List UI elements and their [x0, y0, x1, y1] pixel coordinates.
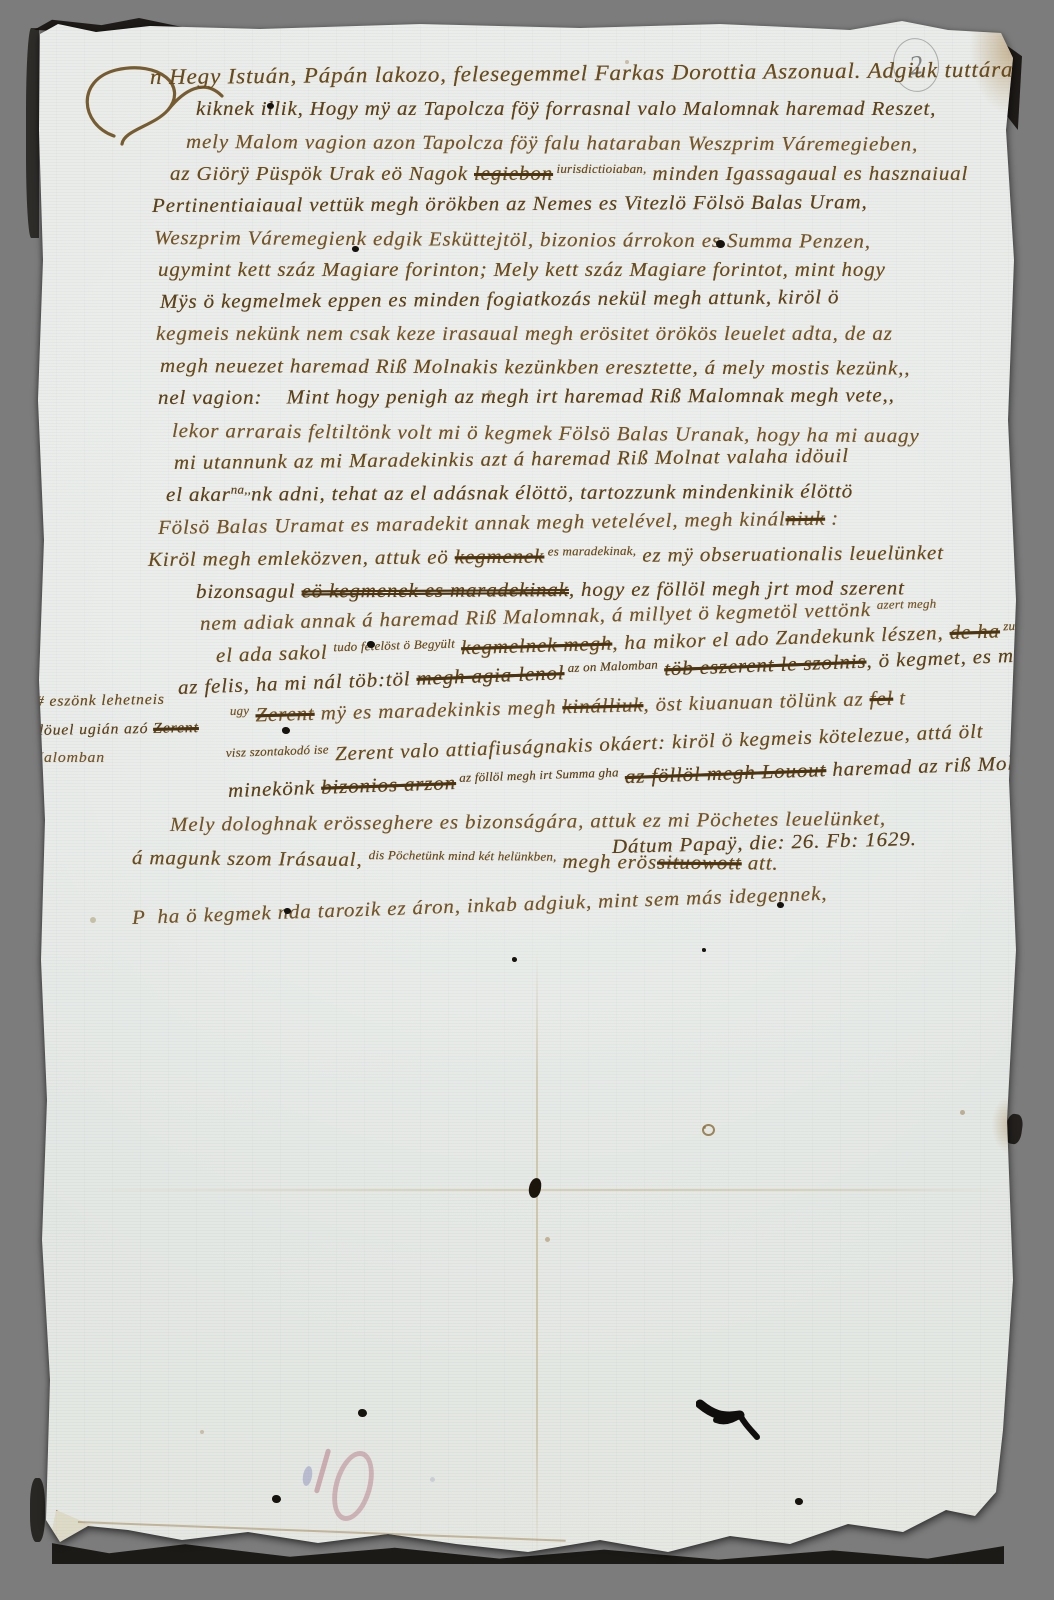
manuscript-line: lekor arrarais feltiltönk volt mi ö kegm… — [172, 420, 920, 448]
manuscript-text: att. — [742, 852, 779, 874]
struck-text: Zerent — [255, 703, 315, 727]
blue-smudge — [301, 1465, 313, 1486]
manuscript-text: az Giörÿ Püspök Urak eö Nagok — [170, 163, 474, 185]
ink-blot — [777, 902, 784, 908]
manuscript-text: lekor arrarais feltiltönk volt mi ö kegm… — [172, 420, 920, 447]
ink-blot — [282, 727, 290, 734]
paper-speck — [960, 1110, 965, 1115]
manuscript-line: megh neuezet haremad Riß Molnakis kezünk… — [160, 355, 910, 381]
paper-speck — [90, 917, 96, 923]
fold-crease-vertical — [536, 948, 538, 1562]
manuscript-text: minekönk — [228, 777, 322, 802]
manuscript-text: mÿ es maradekinkis megh — [314, 696, 562, 724]
ink-blot — [272, 1495, 281, 1503]
struck-text: niuk — [785, 508, 825, 531]
paper-speck — [430, 1477, 435, 1482]
paper-sheet-wrap: 2 n Hegy Istuán, Pápán lakozo, felesegem… — [0, 0, 1054, 1600]
manuscript-text: ugymint kett száz Magiare forinton; Mely… — [158, 259, 886, 281]
ink-blot — [352, 246, 359, 252]
struck-text: kegmelnek megh — [461, 633, 613, 660]
fold-line-bottom — [78, 1521, 566, 1541]
manuscript-line: Kiröl megh emleközven, attuk eö kegmenek… — [148, 542, 944, 572]
manuscript-line: P ha ö kegmek nda tarozik ez áron, inkab… — [132, 883, 828, 930]
manuscript-line: Pertinentiaiaual vettük megh örökben az … — [152, 191, 868, 218]
manuscript-text: nk adni, tehat az el adásnak élöttö, tar… — [251, 480, 853, 505]
manuscript-text: kegmeis nekünk nem csak keze irasaual me… — [156, 323, 893, 345]
interlinear-insertion: azert megh — [877, 596, 937, 611]
manuscript-line: Weszprim Váremegienk edgik Esküttejtöl, … — [154, 227, 871, 254]
ink-blot — [512, 957, 517, 962]
manuscript-line: ugymint kett száz Magiare forinton; Mely… — [158, 259, 886, 282]
paper-speck — [545, 1237, 550, 1242]
manuscript-text: Fölsö Balas Uramat es maradekit annak me… — [158, 508, 786, 539]
struck-text: eö kegmenek es maradekinak — [301, 579, 568, 602]
manuscript-text: Weszprim Váremegienk edgik Esküttejtöl, … — [154, 227, 871, 253]
manuscript-line: mi utannunk az mi Maradekinkis azt á har… — [174, 445, 849, 475]
manuscript-text: Mÿs ö kegmelmek eppen es minden fogiatko… — [160, 286, 839, 313]
manuscript-line: kegmeis nekünk nem csak keze irasaual me… — [156, 323, 893, 346]
manuscript-text: t — [893, 687, 906, 709]
manuscript-text: á magunk szom Irásaual, — [132, 847, 369, 871]
manuscript-text: , hogy ez föllöl megh jrt mod szerent — [569, 577, 905, 601]
interlinear-insertion: visz szontakodó ise — [226, 742, 329, 760]
interlinear-insertion: zuint megh — [1000, 617, 1054, 633]
interlinear-insertion: az on Malomban — [564, 657, 658, 675]
manuscript-text: mi utannunk az mi Maradekinkis azt á har… — [174, 445, 849, 474]
manuscript-text: Kiröl megh emleközven, attuk eö — [148, 546, 455, 571]
manuscript-text: az felis, ha mi nál töb:töl — [178, 668, 417, 699]
ink-check-mark — [696, 1396, 768, 1450]
interlinear-insertion: tudo fetelöst ö Begyült — [333, 636, 455, 654]
manuscript-text: haremad az riß Molnat örökben — [826, 749, 1054, 781]
manuscript-text: kiknek illik, Hogy mÿ az Tapolcza föÿ fo… — [196, 98, 936, 120]
struck-text: de ha — [949, 620, 1000, 644]
manuscript-line: Mÿs ö kegmelmek eppen es minden fogiatko… — [160, 286, 839, 314]
ink-blot — [1031, 1488, 1038, 1494]
manuscript-line: kiknek illik, Hogy mÿ az Tapolcza föÿ fo… — [196, 98, 936, 121]
struck-text: megh agia lenol — [416, 662, 565, 690]
manuscript-text: el ada sakol — [216, 641, 334, 667]
manuscript-text: minden Igassagaual es hasznaiual — [646, 163, 968, 185]
manuscript-text: idöuel ugián azó — [30, 721, 153, 739]
manuscript-text: ez mÿ obseruationalis leuelünket — [636, 542, 944, 567]
ink-blot — [358, 1409, 367, 1417]
manuscript-text: nel vagion: Mint hogy penigh az megh irt… — [158, 384, 895, 409]
manuscript-line: el akarna,,nk adni, tehat az el adásnak … — [166, 480, 853, 507]
manuscript-text: P ha ö kegmek nda tarozik ez áron, inkab… — [132, 883, 828, 929]
manuscript-line: # eszönk lehetneis — [36, 692, 165, 711]
struck-text: Zerent — [153, 720, 199, 737]
struck-text: bizonios arzon — [321, 772, 457, 799]
manuscript-line: az Giörÿ Püspök Urak eö Nagok legiebon i… — [170, 163, 968, 186]
manuscript-text: Pertinentiaiaual vettük megh örökben az … — [152, 191, 868, 217]
interlinear-insertion: az föllöl megh irt Summa gha — [456, 765, 619, 785]
red-pencil-mark-stroke — [314, 1448, 331, 1494]
folded-corner-bottomleft — [48, 1510, 106, 1549]
manuscript-line: Malomban — [30, 750, 105, 767]
manuscript-line: Fölsö Balas Uramat es maradekit annak me… — [158, 507, 839, 540]
interlinear-insertion: ugy — [230, 703, 250, 718]
struck-text: töb eszerent le szolnis — [664, 651, 867, 681]
ink-blot — [795, 1498, 803, 1505]
interlinear-insertion: es maradekinak, — [544, 543, 636, 558]
struck-text: fel — [869, 688, 893, 711]
manuscript-text: mely Malom vagion azon Tapolcza föÿ falu… — [186, 131, 918, 156]
red-pencil-mark-oval — [325, 1446, 381, 1526]
manuscript-text: , öst kiuanuan tölünk az — [643, 688, 870, 716]
manuscript-text: el akar — [166, 484, 231, 506]
manuscript-text: megh neuezet haremad Riß Molnakis kezünk… — [160, 355, 910, 380]
manuscript-line: idöuel ugián azó Zerent — [30, 720, 199, 740]
manuscript-line: nel vagion: Mint hogy penigh az megh irt… — [158, 384, 895, 410]
ink-ring-spot — [702, 1124, 715, 1136]
interlinear-insertion: na,, — [231, 482, 251, 496]
struck-text: kinálliuk — [562, 694, 644, 718]
manuscript-scan: 2 n Hegy Istuán, Pápán lakozo, felesegem… — [0, 0, 1054, 1600]
manuscript-text: : — [825, 507, 839, 529]
manuscript-text: Malomban — [30, 750, 105, 766]
manuscript-text: # eszönk lehetneis — [36, 692, 165, 710]
crease-ink-blot — [528, 1177, 542, 1198]
manuscript-text: bizonsagul — [196, 580, 302, 603]
manuscript-line: mely Malom vagion azon Tapolcza föÿ falu… — [186, 131, 918, 157]
paper-speck — [200, 1430, 204, 1434]
struck-text: az föllöl megh Louout — [625, 759, 827, 788]
paper-sheet: 2 n Hegy Istuán, Pápán lakozo, felesegem… — [0, 0, 1054, 1600]
interlinear-insertion: dis Pöchetünk mind két helünkben, — [369, 848, 557, 864]
ink-blot — [716, 240, 725, 248]
ink-blot — [702, 948, 706, 952]
struck-text: legiebon — [474, 163, 553, 185]
struck-text: kegmenek — [455, 546, 545, 569]
interlinear-insertion: iurisdictioiaban, — [553, 162, 646, 176]
